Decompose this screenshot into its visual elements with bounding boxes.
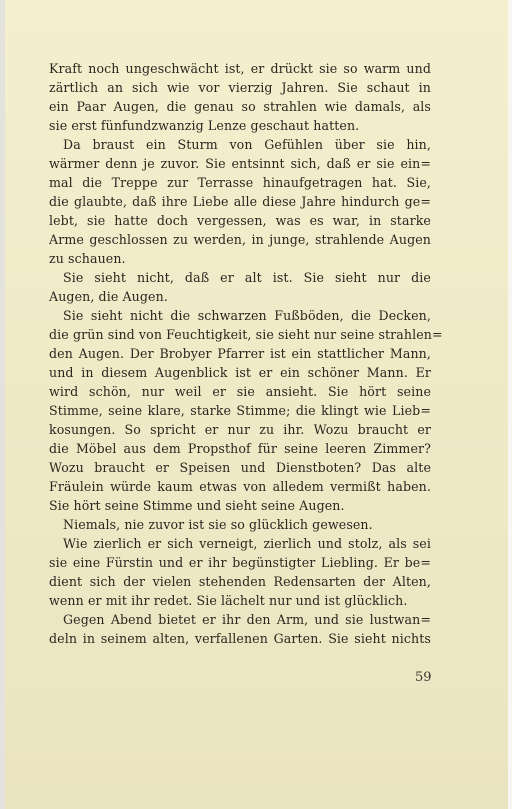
text-line: Arme geschlossen zu werden, in junge, st…: [49, 230, 431, 249]
paragraph: Wie zierlich er sich verneigt, zierlich …: [49, 534, 431, 610]
text-line: zu schauen.: [49, 249, 431, 268]
text-line: wärmer denn je zuvor. Sie entsinnt sich,…: [49, 154, 431, 173]
text-line: dient sich der vielen stehenden Redensar…: [49, 572, 431, 591]
text-line: lebt, sie hatte doch vergessen, was es w…: [49, 211, 431, 230]
paragraph: Sie sieht nicht die schwarzen Fußböden, …: [49, 306, 431, 515]
text-line: und in diesem Augenblick ist er ein schö…: [49, 363, 431, 382]
text-line: wenn er mit ihr redet. Sie lächelt nur u…: [49, 591, 431, 610]
paragraph: Da braust ein Sturm von Gefühlen über si…: [49, 135, 431, 268]
text-line: die Möbel aus dem Propsthof für seine le…: [49, 439, 431, 458]
text-line: Wozu braucht er Speisen und Dienstboten?…: [49, 458, 431, 477]
page-number: 59: [415, 670, 432, 685]
text-line: deln in seinem alten, verfallenen Garten…: [49, 629, 431, 648]
paragraph: Gegen Abend bietet er ihr den Arm, und s…: [49, 610, 431, 648]
text-line: Sie sieht nicht die schwarzen Fußböden, …: [49, 306, 431, 325]
page-right-edge: [508, 0, 512, 809]
text-line: Fräulein würde kaum etwas von alledem ve…: [49, 477, 431, 496]
book-page: Kraft noch ungeschwächt ist, er drückt s…: [0, 0, 512, 809]
text-line: sie erst fünfundzwanzig Lenze geschaut h…: [49, 116, 431, 135]
body-text: Kraft noch ungeschwächt ist, er drückt s…: [49, 59, 431, 648]
paragraph: Niemals, nie zuvor ist sie so glücklich …: [49, 515, 431, 534]
text-line: zärtlich an sich wie vor vierzig Jahren.…: [49, 78, 431, 97]
text-line: wird schön, nur weil er sie ansieht. Sie…: [49, 382, 431, 401]
text-line: die glaubte, daß ihre Liebe alle diese J…: [49, 192, 431, 211]
text-line: Niemals, nie zuvor ist sie so glücklich …: [49, 515, 431, 534]
page-left-edge: [0, 0, 5, 809]
paragraph: Kraft noch ungeschwächt ist, er drückt s…: [49, 59, 431, 135]
text-line: Sie sieht nicht, daß er alt ist. Sie sie…: [49, 268, 431, 287]
paragraph: Sie sieht nicht, daß er alt ist. Sie sie…: [49, 268, 431, 306]
text-line: ein Paar Augen, die genau so strahlen wi…: [49, 97, 431, 116]
text-line: Wie zierlich er sich verneigt, zierlich …: [49, 534, 431, 553]
text-line: mal die Treppe zur Terrasse hinaufgetrag…: [49, 173, 431, 192]
text-line: sie eine Fürstin und er ihr begünstigter…: [49, 553, 431, 572]
text-line: Sie hört seine Stimme und sieht seine Au…: [49, 496, 431, 515]
text-line: Gegen Abend bietet er ihr den Arm, und s…: [49, 610, 431, 629]
text-line: Kraft noch ungeschwächt ist, er drückt s…: [49, 59, 431, 78]
text-line: Stimme, seine klare, starke Stimme; die …: [49, 401, 431, 420]
text-line: die grün sind von Feuchtigkeit, sie sieh…: [49, 325, 431, 344]
text-line: Augen, die Augen.: [49, 287, 431, 306]
text-line: den Augen. Der Brobyer Pfarrer ist ein s…: [49, 344, 431, 363]
text-line: kosungen. So spricht er nur zu ihr. Wozu…: [49, 420, 431, 439]
text-line: Da braust ein Sturm von Gefühlen über si…: [49, 135, 431, 154]
